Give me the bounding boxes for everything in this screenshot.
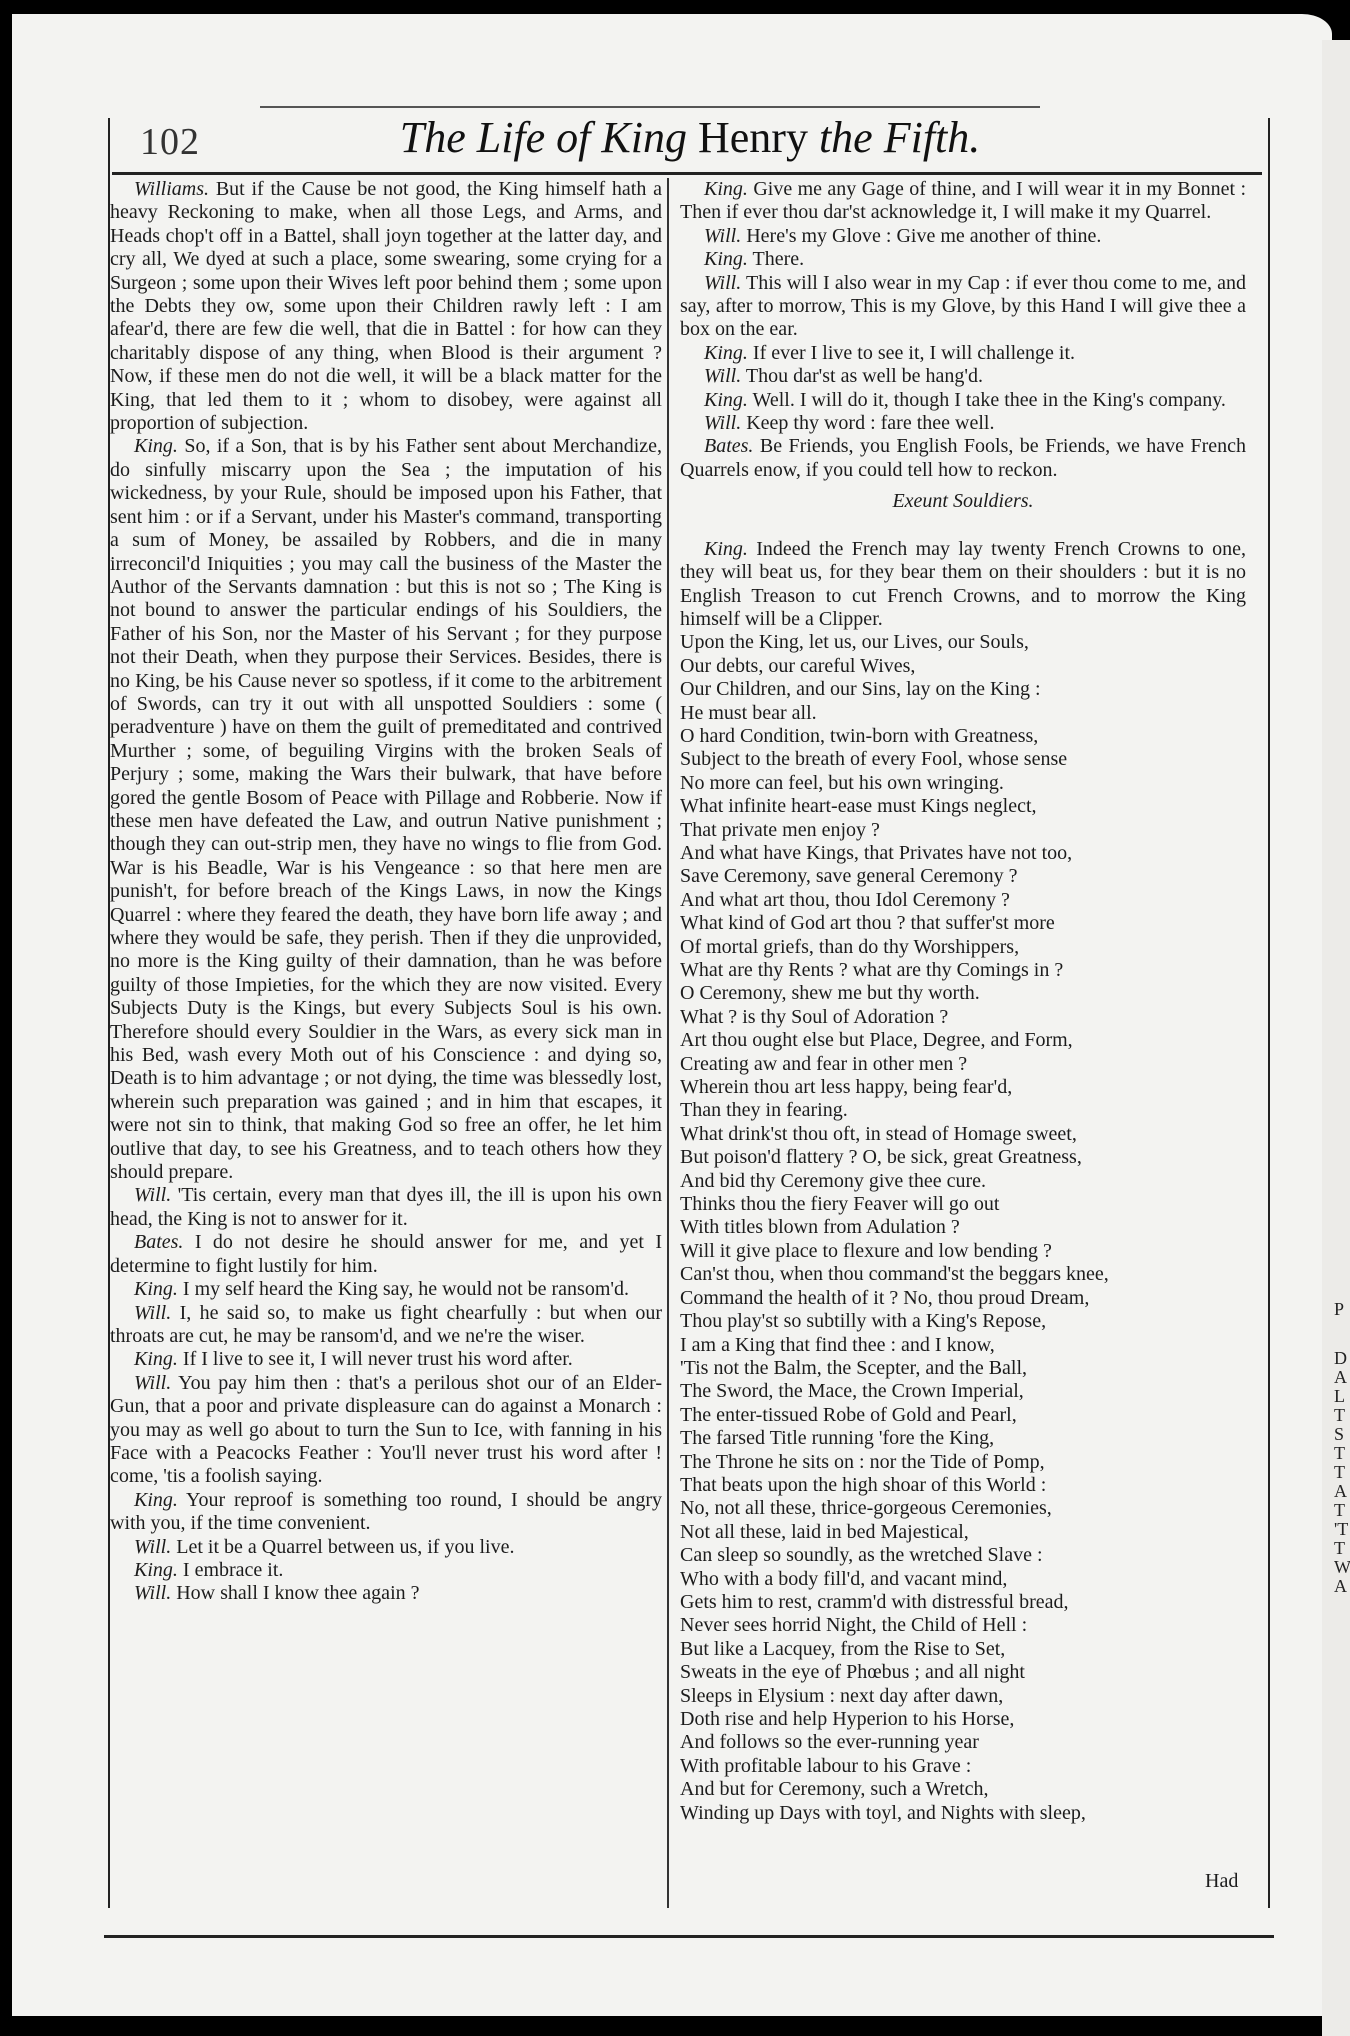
- column-divider: [667, 178, 669, 1908]
- speech: Will. Here's my Glove : Give me another …: [680, 225, 1246, 248]
- speech-text: This will I also wear in my Cap : if eve…: [680, 272, 1246, 341]
- speech: Will. You pay him then : that's a perilo…: [110, 1372, 662, 1489]
- verse-line: Upon the King, let us, our Lives, our So…: [680, 631, 1246, 654]
- margin-letter: A: [1334, 1368, 1350, 1387]
- verse-line: And follows so the ever-running year: [680, 1731, 1246, 1754]
- verse-line: Wherein thou art less happy, being fear'…: [680, 1076, 1246, 1099]
- verse-line: Never sees horrid Night, the Child of He…: [680, 1614, 1246, 1637]
- adjacent-page-letters: PDALTSTTAT'TTWA: [1334, 1300, 1350, 1596]
- speech-text: I embrace it.: [183, 1559, 284, 1581]
- verse-line: Gets him to rest, cramm'd with distressf…: [680, 1591, 1246, 1614]
- verse-line: What infinite heart-ease must Kings negl…: [680, 795, 1246, 818]
- margin-letter: T: [1334, 1501, 1350, 1520]
- verse-line: Doth rise and help Hyperion to his Horse…: [680, 1708, 1246, 1731]
- verse-line: Who with a body fill'd, and vacant mind,: [680, 1568, 1246, 1591]
- title-word: of: [556, 113, 590, 162]
- verse-line: And what art thou, thou Idol Ceremony ?: [680, 889, 1246, 912]
- speech-text: I my self heard the King say, he would n…: [183, 1278, 629, 1300]
- verse-line: That private men enjoy ?: [680, 819, 1246, 842]
- speech-text: You pay him then : that's a perilous sho…: [110, 1372, 662, 1488]
- margin-letter: A: [1334, 1577, 1350, 1596]
- speech: King. If I live to see it, I will never …: [110, 1348, 662, 1371]
- speech: Williams. But if the Cause be not good, …: [110, 178, 662, 435]
- verse-line: What kind of God art thou ? that suffer'…: [680, 912, 1246, 935]
- speaker-name: King.: [704, 342, 748, 364]
- margin-letter: T: [1334, 1444, 1350, 1463]
- adjacent-page-edge: [1322, 40, 1350, 2036]
- header-rule: [112, 172, 1262, 175]
- speaker-name: Will.: [134, 1372, 171, 1394]
- verse-line: Creating aw and fear in other men ?: [680, 1053, 1246, 1076]
- verse-line: What are thy Rents ? what are thy Coming…: [680, 959, 1246, 982]
- speech-text: 'Tis certain, every man that dyes ill, t…: [110, 1184, 662, 1229]
- speaker-name: Will.: [704, 225, 741, 247]
- speaker-name: Will.: [704, 412, 741, 434]
- margin-letter: S: [1334, 1425, 1350, 1444]
- verse-line: Can'st thou, when thou command'st the be…: [680, 1263, 1246, 1286]
- margin-letter: W: [1334, 1558, 1350, 1577]
- verse-line: That beats upon the high shoar of this W…: [680, 1474, 1246, 1497]
- verse-line: Command the health of it ? No, thou prou…: [680, 1287, 1246, 1310]
- verse-line: The farsed Title running 'fore the King,: [680, 1427, 1246, 1450]
- verse-line: Of mortal griefs, than do thy Worshipper…: [680, 936, 1246, 959]
- speech: Will. Let it be a Quarrel between us, if…: [110, 1536, 662, 1559]
- speech: King. So, if a Son, that is by his Fathe…: [110, 435, 662, 1184]
- verse-line: Can sleep so soundly, as the wretched Sl…: [680, 1544, 1246, 1567]
- speech-text: If I live to see it, I will never trust …: [183, 1348, 573, 1370]
- speech: Will. Keep thy word : fare thee well.: [680, 412, 1246, 435]
- speaker-name: Will.: [134, 1582, 171, 1604]
- speech: Bates. Be Friends, you English Fools, be…: [680, 435, 1246, 482]
- speech: Will. 'Tis certain, every man that dyes …: [110, 1184, 662, 1231]
- stage-direction: Exeunt Souldiers.: [680, 490, 1246, 513]
- margin-letter: P: [1334, 1300, 1350, 1319]
- verse-line: Than they in fearing.: [680, 1099, 1246, 1122]
- running-title: The Life of King Henry the Fifth.: [110, 112, 1270, 163]
- verse-line: O hard Condition, twin-born with Greatne…: [680, 725, 1246, 748]
- speaker-name: King.: [704, 389, 748, 411]
- speech: King. Your reproof is something too roun…: [110, 1489, 662, 1536]
- speaker-name: Will.: [134, 1302, 171, 1324]
- verse-line: Will it give place to flexure and low be…: [680, 1240, 1246, 1263]
- verse-line: And bid thy Ceremony give thee cure.: [680, 1170, 1246, 1193]
- speech-text: How shall I know thee again ?: [176, 1582, 419, 1604]
- speech: King. Well. I will do it, though I take …: [680, 389, 1246, 412]
- speaker-name: Bates.: [134, 1231, 183, 1253]
- title-word: Life: [477, 113, 545, 162]
- speaker-name: King.: [134, 435, 178, 457]
- verse-line: Thinks thou the fiery Feaver will go out: [680, 1193, 1246, 1216]
- margin-letter: L: [1334, 1387, 1350, 1406]
- verse-line: But poison'd flattery ? O, be sick, grea…: [680, 1146, 1246, 1169]
- speaker-name: Williams.: [134, 178, 209, 200]
- speech: King. Give me any Gage of thine, and I w…: [680, 178, 1246, 225]
- margin-letter: T: [1334, 1406, 1350, 1425]
- speech: Will. This will I also wear in my Cap : …: [680, 272, 1246, 342]
- verse-line: He must bear all.: [680, 702, 1246, 725]
- speech-text: If ever I live to see it, I will challen…: [753, 342, 1075, 364]
- verse-line: What drink'st thou oft, in stead of Homa…: [680, 1123, 1246, 1146]
- verse-line: Winding up Days with toyl, and Nights wi…: [680, 1802, 1246, 1825]
- page-header: 102 The Life of King Henry the Fifth.: [110, 112, 1270, 172]
- speech-text: There.: [753, 248, 805, 270]
- title-word: the: [819, 113, 873, 162]
- title-word: King: [601, 113, 687, 162]
- margin-letter: 'T: [1334, 1520, 1350, 1539]
- verse-line: With profitable labour to his Grave :: [680, 1755, 1246, 1778]
- title-word: Fifth.: [884, 113, 981, 162]
- speech: King. There.: [680, 248, 1246, 271]
- speaker-name: King.: [134, 1559, 178, 1581]
- verse-line: Thou play'st so subtilly with a King's R…: [680, 1310, 1246, 1333]
- speaker-name: Will.: [134, 1536, 171, 1558]
- speaker-name: King.: [704, 248, 748, 270]
- verse-line: And but for Ceremony, such a Wretch,: [680, 1778, 1246, 1801]
- speech-text: Well. I will do it, though I take thee i…: [753, 389, 1226, 411]
- top-rule: [260, 106, 1040, 108]
- margin-letter: A: [1334, 1482, 1350, 1501]
- verse-line: O Ceremony, shew me but thy worth.: [680, 982, 1246, 1005]
- speech: King. I embrace it.: [110, 1559, 662, 1582]
- speaker-name: Will.: [134, 1184, 171, 1206]
- verse-line: No, not all these, thrice-gorgeous Cerem…: [680, 1497, 1246, 1520]
- speaker-name: Will.: [704, 365, 741, 387]
- speech: Will. How shall I know thee again ?: [110, 1582, 662, 1605]
- speaker-name: King.: [704, 178, 748, 200]
- verse-line: What ? is thy Soul of Adoration ?: [680, 1006, 1246, 1029]
- speaker-name: King.: [134, 1278, 178, 1300]
- speaker-name: King.: [704, 538, 748, 560]
- right-column: King. Give me any Gage of thine, and I w…: [680, 178, 1246, 1825]
- speech-text: I do not desire he should answer for me,…: [110, 1231, 662, 1276]
- catchword: Had: [1205, 1870, 1238, 1893]
- verse-block: Upon the King, let us, our Lives, our So…: [680, 631, 1246, 1825]
- verse-line: 'Tis not the Balm, the Scepter, and the …: [680, 1357, 1246, 1380]
- verse-line: No more can feel, but his own wringing.: [680, 772, 1246, 795]
- title-word: Henry: [698, 113, 808, 162]
- margin-letter: T: [1334, 1539, 1350, 1558]
- speech-text: Be Friends, you English Fools, be Friend…: [680, 435, 1246, 480]
- speaker-name: King.: [134, 1348, 178, 1370]
- speech-text: Thou dar'st as well be hang'd.: [746, 365, 983, 387]
- speech: King. I my self heard the King say, he w…: [110, 1278, 662, 1301]
- verse-line: Art thou ought else but Place, Degree, a…: [680, 1029, 1246, 1052]
- footer-rule: [104, 1935, 1274, 1938]
- verse-line: I am a King that find thee : and I know,: [680, 1334, 1246, 1357]
- speech-text: So, if a Son, that is by his Father sent…: [110, 435, 662, 1183]
- verse-line: But like a Lacquey, from the Rise to Set…: [680, 1638, 1246, 1661]
- speech-text: Give me any Gage of thine, and I will we…: [680, 178, 1246, 223]
- verse-line: The Sword, the Mace, the Crown Imperial,: [680, 1380, 1246, 1403]
- speech-text: Your reproof is something too round, I s…: [110, 1489, 662, 1534]
- margin-letter: D: [1334, 1349, 1350, 1368]
- speech-text: Keep thy word : fare thee well.: [746, 412, 994, 434]
- title-word: The: [400, 113, 466, 162]
- verse-line: The enter-tissued Robe of Gold and Pearl…: [680, 1404, 1246, 1427]
- speech: Bates. I do not desire he should answer …: [110, 1231, 662, 1278]
- speaker-name: Will.: [704, 272, 741, 294]
- verse-line: Save Ceremony, save general Ceremony ?: [680, 865, 1246, 888]
- speech-text: Here's my Glove : Give me another of thi…: [746, 225, 1101, 247]
- speech-text: But if the Cause be not good, the King h…: [110, 178, 662, 434]
- verse-line: Subject to the breath of every Fool, who…: [680, 748, 1246, 771]
- speech-text: I, he said so, to make us fight chearful…: [110, 1302, 662, 1347]
- speech: Will. Thou dar'st as well be hang'd.: [680, 365, 1246, 388]
- verse-line: And what have Kings, that Privates have …: [680, 842, 1246, 865]
- speaker-name: Bates.: [704, 435, 753, 457]
- verse-line: Our debts, our careful Wives,: [680, 655, 1246, 678]
- speech-text: Indeed the French may lay twenty French …: [680, 538, 1246, 630]
- verse-line: Not all these, laid in bed Majestical,: [680, 1521, 1246, 1544]
- margin-letter: T: [1334, 1463, 1350, 1482]
- speech-text: Let it be a Quarrel between us, if you l…: [176, 1536, 514, 1558]
- left-column: Williams. But if the Cause be not good, …: [110, 178, 662, 1606]
- speech: Will. I, he said so, to make us fight ch…: [110, 1302, 662, 1349]
- verse-line: Sleeps in Elysium : next day after dawn,: [680, 1685, 1246, 1708]
- verse-line: With titles blown from Adulation ?: [680, 1216, 1246, 1239]
- speaker-name: King.: [134, 1489, 178, 1511]
- speech: King. If ever I live to see it, I will c…: [680, 342, 1246, 365]
- verse-line: Sweats in the eye of Phœbus ; and all ni…: [680, 1661, 1246, 1684]
- verse-line: The Throne he sits on : nor the Tide of …: [680, 1451, 1246, 1474]
- verse-line: Our Children, and our Sins, lay on the K…: [680, 678, 1246, 701]
- speech: King. Indeed the French may lay twenty F…: [680, 538, 1246, 632]
